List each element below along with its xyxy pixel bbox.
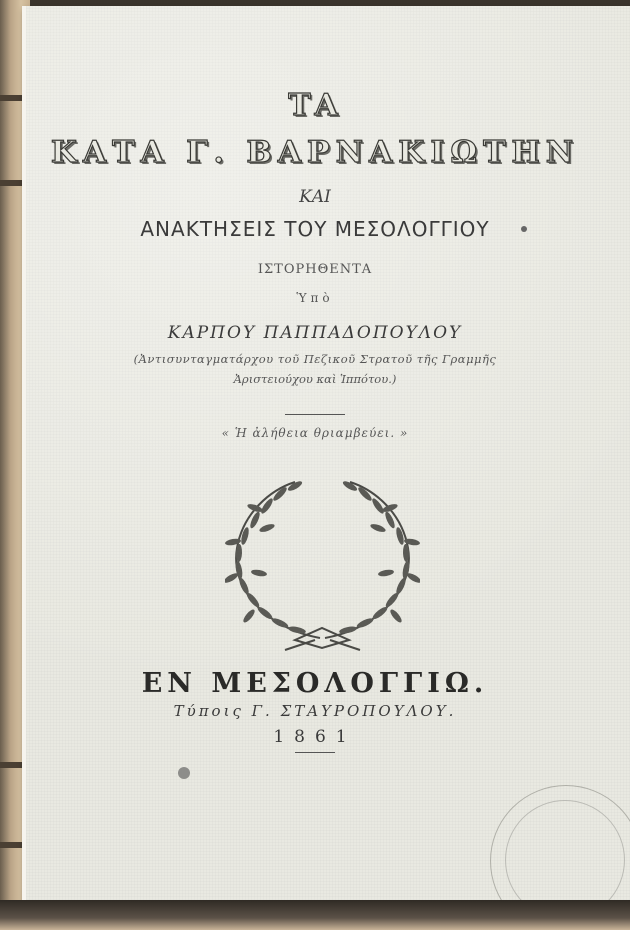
printer: Τύποις Γ. ΣΤΑΥΡΟΠΟΥΛΟΥ. xyxy=(0,702,630,720)
author-name: ΚΑΡΠΟΥ ΠΑΠΠΑΔΟΠΟΥΛΟΥ xyxy=(0,323,630,343)
ink-spot xyxy=(178,767,190,779)
title-conjunction: ΚΑΙ xyxy=(0,187,630,207)
title-line-3: ΑΝΑΚΤΗΣΕΙΣ ΤΟΥ ΜΕΣΟΛΟΓΓΙΟΥ xyxy=(0,217,630,241)
by-line: Ὑπὸ xyxy=(0,291,630,305)
divider-rule-bottom xyxy=(295,752,335,753)
place-of-publication: ΕΝ ΜΕΣΟΛΟΓΓΙΩ. xyxy=(0,668,630,699)
motto: « Ἡ ἀλήθεια θριαμβεύει. » xyxy=(0,426,630,440)
scan-shadow xyxy=(0,900,630,930)
title-line-1: ΤΑ xyxy=(0,88,630,123)
title-line-2: ΚΑΤΑ Γ. ΒΑΡΝΑΚΙΩΤΗΝ xyxy=(0,135,630,170)
laurel-wreath-icon xyxy=(225,478,420,656)
divider-rule xyxy=(285,414,345,415)
subtitle: ΙΣΤΟΡΗΘΕΝΤΑ xyxy=(0,262,630,277)
ink-dot xyxy=(521,226,527,232)
author-role-line-1: (Ἀντισυνταγματάρχου τοῦ Πεζικοῦ Στρατοῦ … xyxy=(0,352,630,366)
publication-year: 1861 xyxy=(0,727,630,747)
author-role-line-2: Ἀριστειούχου καὶ Ἱππότου.) xyxy=(0,372,630,386)
